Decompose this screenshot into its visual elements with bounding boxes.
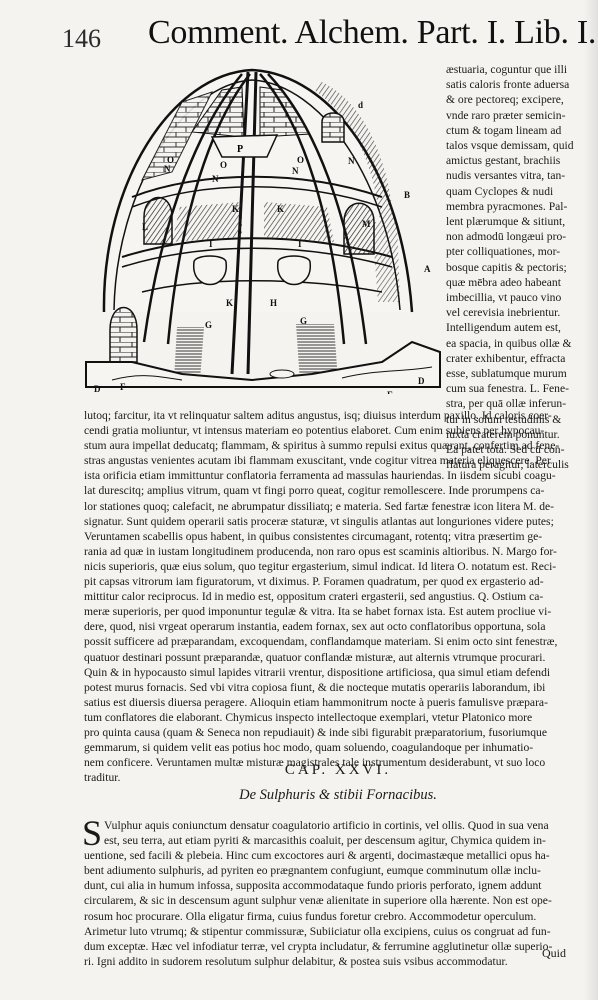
text-line: possit sufficere ad præparandam, excoque…	[84, 634, 592, 649]
text-line: æstuaria, coguntur que illi	[446, 62, 594, 77]
furnace-woodcut-illustration: P d B A O O	[82, 62, 444, 394]
text-line: crater exhibentur, effracta	[446, 351, 594, 366]
svg-text:L: L	[142, 222, 148, 232]
svg-text:A: A	[424, 264, 431, 274]
chapter-heading: CAP. XXVI.	[84, 762, 592, 779]
text-line: lor stationes quoq; calefacit, ne abrump…	[84, 499, 592, 514]
svg-text:D: D	[94, 384, 101, 394]
text-line: non admodū longæui pro-	[446, 229, 594, 244]
text-line: quæ mēbra adeo habeant	[446, 275, 594, 290]
text-line: satius est diuersis diuersa peragere. Al…	[84, 695, 592, 710]
text-line: stras angustas venientes acutam ibi flam…	[84, 453, 592, 468]
svg-text:F: F	[120, 382, 126, 392]
svg-text:G: G	[300, 316, 307, 326]
text-line: Quin & in hypocausto simul lapides vitra…	[84, 665, 592, 680]
text-line: cendi gratia moliuntur, vt intensus mate…	[84, 423, 592, 438]
svg-text:P: P	[237, 144, 243, 155]
text-line: mittitur calor reciprocus. Id in medio e…	[84, 589, 592, 604]
text-line: satis caloris fronte aduersa	[446, 77, 594, 92]
text-line: talos vsque demissam, quid	[446, 138, 594, 153]
text-line: meræ superioris, per quod imponuntur teg…	[84, 604, 592, 619]
text-line: quatuor destinari possunt præparandæ, qu…	[84, 650, 592, 665]
text-line: Intelligendum autem est,	[446, 320, 594, 335]
text-line: gemmarum, si quidem velit eas potius hoc…	[84, 740, 592, 755]
text-line: rosum hoc procurare. Olla eligatur firma…	[84, 909, 592, 924]
text-line: pter colliquationes, mor-	[446, 244, 594, 259]
text-line: Arimetur luto vtrumq; & stipentur commis…	[84, 924, 592, 939]
book-page: 146 Comment. Alchem. Part. I. Lib. I.	[0, 0, 598, 1000]
svg-text:G: G	[205, 320, 212, 330]
text-line: esse, sublatumque murum	[446, 366, 594, 381]
svg-text:O: O	[297, 155, 304, 165]
text-line: ctum & togam lineam ad	[446, 123, 594, 138]
text-line: ri. Igni addito in sudorem resolutum sul…	[84, 954, 592, 969]
text-line: dum exceptæ. Hæc vel infodiatur terræ, v…	[84, 939, 592, 954]
svg-text:D: D	[418, 376, 425, 386]
text-line: ea spacia, in quibus ollæ &	[446, 336, 594, 351]
text-line: membra pyracmones. Pal-	[446, 199, 594, 214]
chapter-subtitle: De Sulphuris & stibii Fornacibus.	[84, 787, 592, 804]
text-line: amictus gestant, brachiis	[446, 153, 594, 168]
text-line: tum conflatores die elaborant. Chymicus …	[84, 710, 592, 725]
text-line: vel cerevisia inebrientur.	[446, 305, 594, 320]
text-line: rania ad quæ in iustam longitudinem prod…	[84, 544, 592, 559]
svg-text:N: N	[212, 174, 219, 184]
text-line: nicis superioris, quæ eius solum, quo te…	[84, 559, 592, 574]
chapter-body-text: Vulphur aquis coniunctum densatur coagul…	[84, 818, 592, 969]
svg-text:K: K	[277, 204, 284, 214]
page-number: 146	[62, 24, 101, 54]
text-line: lat durescitq; amplius vitrum, quam vt f…	[84, 483, 592, 498]
furnace-dome-icon: P d B A O O	[82, 62, 444, 394]
text-line: signatur. Sunt quidem operarii satis pro…	[84, 514, 592, 529]
svg-text:I: I	[209, 239, 213, 249]
text-line: pit capsas vitrorum iam figuratorum, vt …	[84, 574, 592, 589]
svg-text:N: N	[164, 164, 171, 174]
svg-text:K: K	[226, 298, 233, 308]
text-line: lutoq; farcitur, ita vt relinquatur salt…	[84, 408, 592, 423]
page-header: 146 Comment. Alchem. Part. I. Lib. I.	[0, 14, 598, 54]
text-line: lent plærumque & sitiunt,	[446, 214, 594, 229]
text-line: Veruntamen scabellis opus habent, in qui…	[84, 529, 592, 544]
text-line: & ore pectoreq; excipere,	[446, 92, 594, 107]
text-line: quam Cyclopes & nudi	[446, 184, 594, 199]
svg-text:K: K	[232, 204, 239, 214]
text-line: Vulphur aquis coniunctum densatur coagul…	[84, 818, 592, 833]
text-line: dunt, cui alia in humum infossa, supposi…	[84, 878, 592, 893]
svg-text:d: d	[358, 100, 363, 110]
text-line: dere, quod, nisi vrgeat operarum instant…	[84, 619, 592, 634]
svg-text:H: H	[270, 298, 277, 308]
text-line: potest murus fornacis. Sed vbi vitra cop…	[84, 680, 592, 695]
text-line: stum aura impellat deducatq; flammam, & …	[84, 438, 592, 453]
text-line: est, seu terra, aut etiam pyriti & marca…	[84, 833, 592, 848]
svg-text:B: B	[404, 190, 410, 200]
text-line: bent adiumento sulphuris, ad pyriten eo …	[84, 863, 592, 878]
running-title: Comment. Alchem. Part. I. Lib. I.	[148, 14, 596, 52]
svg-text:M: M	[362, 219, 371, 229]
catchword: Quid	[542, 946, 566, 961]
main-body-text: lutoq; farcitur, ita vt relinquatur salt…	[84, 408, 592, 785]
svg-text:I: I	[298, 239, 302, 249]
text-line: pro quinta causa (quam & Seneca non repu…	[84, 725, 592, 740]
text-line: vnde raro præter semicin-	[446, 108, 594, 123]
text-line: circularem, & sic in descensum agunt sul…	[84, 893, 592, 908]
svg-text:N: N	[292, 166, 299, 176]
text-line: cum sua fenestra. L. Fene-	[446, 381, 594, 396]
svg-text:O: O	[220, 160, 227, 170]
text-line: bosque capitis & pectoris;	[446, 260, 594, 275]
text-line: ista orificia etiam immittuntur conflato…	[84, 468, 592, 483]
text-line: imbecillia, vt pauco vino	[446, 290, 594, 305]
svg-text:E: E	[387, 390, 393, 394]
text-line: uentione, sed facili & plebeia. Hinc cum…	[84, 848, 592, 863]
text-line: nudis versantes vitra, tan-	[446, 168, 594, 183]
svg-text:N: N	[348, 156, 355, 166]
